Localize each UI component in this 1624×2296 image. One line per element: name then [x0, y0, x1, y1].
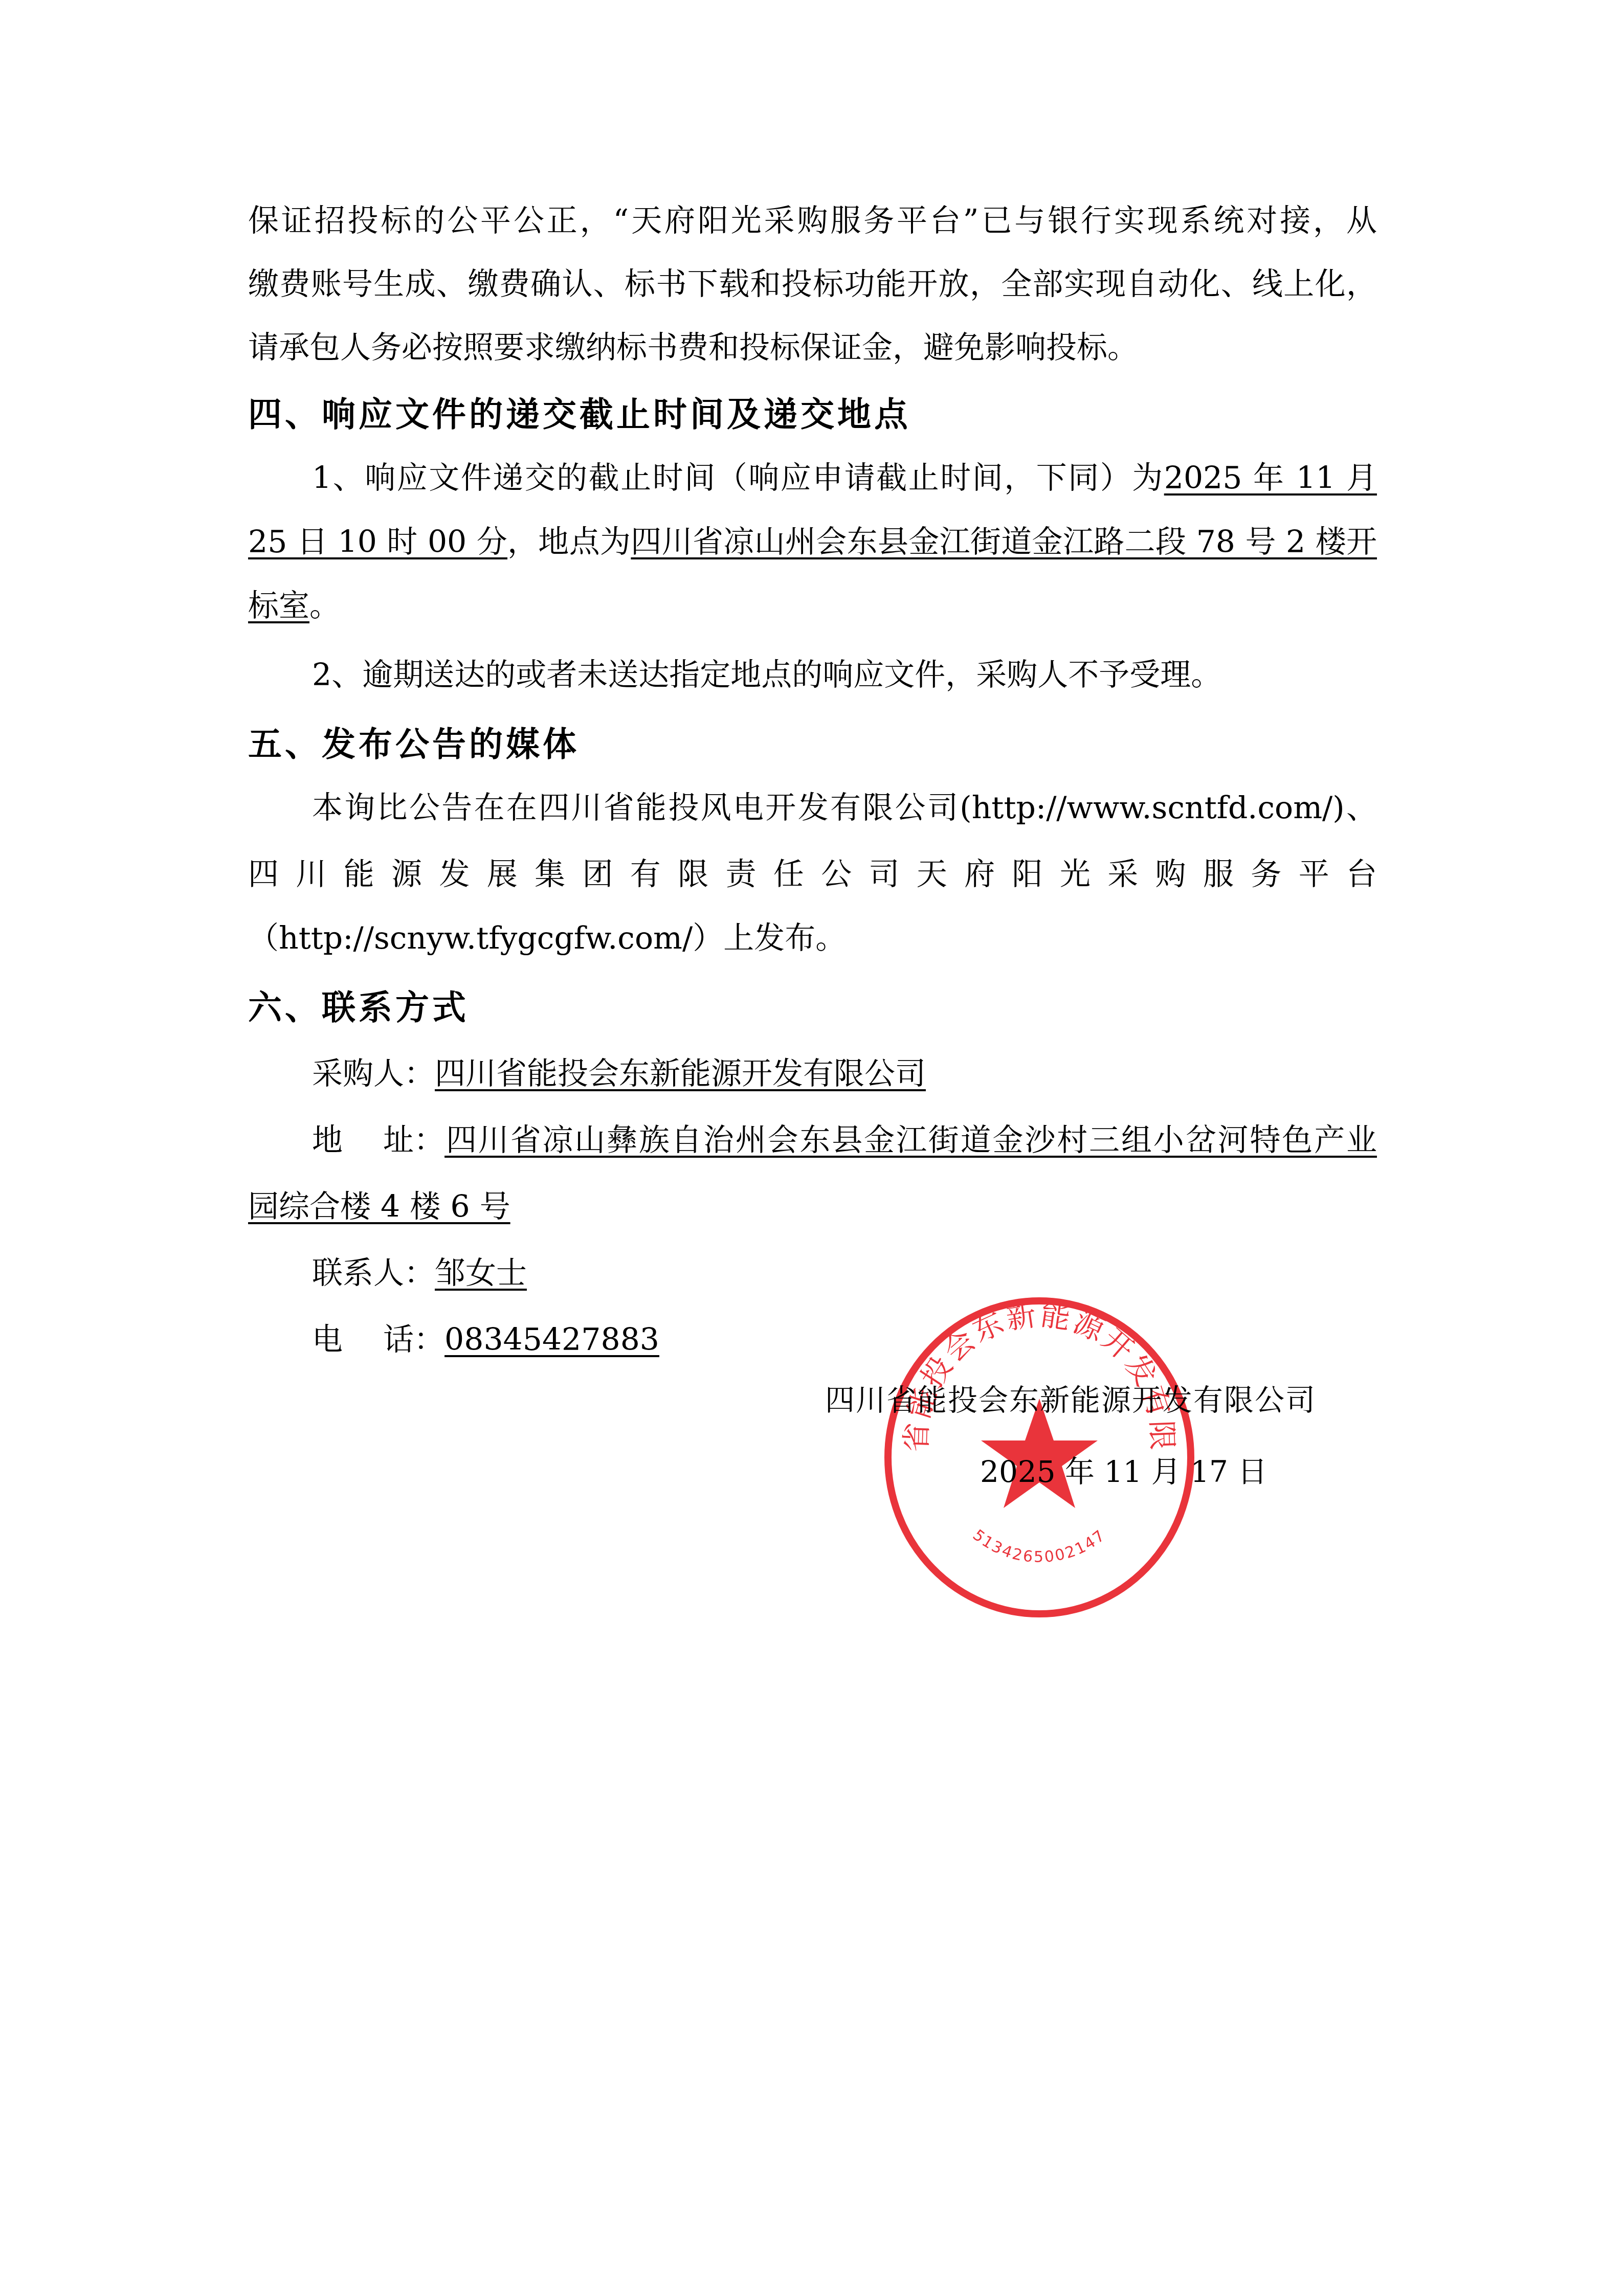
svg-text:5134265002147: 5134265002147 [969, 1526, 1109, 1566]
document-page: 保证招投标的公平公正，“天府阳光采购服务平台”已与银行实现系统对接，从 缴费账号… [0, 0, 1624, 2296]
location-prefix: ，地点为 [507, 524, 631, 560]
section4-item1-line2: 25 日 10 时 00 分，地点为四川省凉山州会东县金江街道金江路二段 78 … [248, 522, 1377, 562]
location-address-part2: 标室 [248, 588, 309, 624]
deadline-prefix: 1、响应文件递交的截止时间（响应申请截止时间，下同）为 [312, 460, 1164, 496]
intro-line-2: 缴费账号生成、缴费确认、标书下载和投标功能开放，全部实现自动化、线上化， [248, 264, 1377, 305]
address-value-line2: 园综合楼 4 楼 6 号 [248, 1189, 510, 1225]
section5-heading: 五、发布公告的媒体 [248, 724, 1377, 764]
section4-heading: 四、响应文件的递交截止时间及递交地点 [248, 394, 1377, 435]
contact-row: 联系人：邹女士 [312, 1253, 1377, 1294]
phone-value: 08345427883 [444, 1322, 659, 1358]
purchaser-row: 采购人：四川省能投会东新能源开发有限公司 [312, 1053, 1377, 1094]
seal-serial: 5134265002147 [969, 1526, 1109, 1566]
intro-line-3: 请承包人务必按照要求缴纳标书费和投标保证金，避免影响投标。 [248, 327, 1377, 368]
signature-date: 2025 年 11 月 17 日 [980, 1451, 1267, 1492]
contact-value: 邹女士 [435, 1255, 527, 1291]
address-row: 地 址：四川省凉山彝族自治州会东县金江街道金沙村三组小岔河特色产业 [312, 1120, 1377, 1161]
phone-row: 电 话：08345427883 [312, 1319, 1377, 1360]
purchaser-value: 四川省能投会东新能源开发有限公司 [435, 1056, 926, 1092]
deadline-date-part1: 2025 年 11 月 [1164, 460, 1377, 496]
purchaser-label: 采购人： [312, 1053, 435, 1094]
section4-item1-line1: 1、响应文件递交的截止时间（响应申请截止时间，下同）为2025 年 11 月 [312, 458, 1377, 499]
signature-company: 四川省能投会东新能源开发有限公司 [825, 1380, 1316, 1421]
location-suffix: 。 [309, 588, 340, 624]
section5-line-2: 四川能源发展集团有限责任公司天府阳光采购服务平台 [248, 854, 1377, 895]
section6-heading: 六、联系方式 [248, 987, 1377, 1028]
section5-line-1: 本询比公告在在四川省能投风电开发有限公司(http://www.scntfd.c… [312, 787, 1377, 828]
intro-line-1: 保证招投标的公平公正，“天府阳光采购服务平台”已与银行实现系统对接，从 [248, 200, 1377, 241]
section4-item1-line3: 标室。 [248, 586, 1377, 626]
location-address-part1: 四川省凉山州会东县金江街道金江路二段 78 号 2 楼开 [631, 524, 1377, 560]
section5-line-3: （http://scnyw.tfygcgfw.com/）上发布。 [248, 918, 1377, 959]
phone-label: 电 话： [312, 1319, 444, 1360]
deadline-date-part2: 25 日 10 时 00 分 [248, 524, 507, 560]
address-label: 地 址： [312, 1120, 444, 1161]
section4-item2: 2、逾期送达的或者未送达指定地点的响应文件，采购人不予受理。 [312, 655, 1377, 695]
contact-label: 联系人： [312, 1253, 435, 1294]
address-value-line1: 四川省凉山彝族自治州会东县金江街道金沙村三组小岔河特色产业 [444, 1122, 1377, 1158]
address-row-cont: 园综合楼 4 楼 6 号 [248, 1186, 1377, 1227]
